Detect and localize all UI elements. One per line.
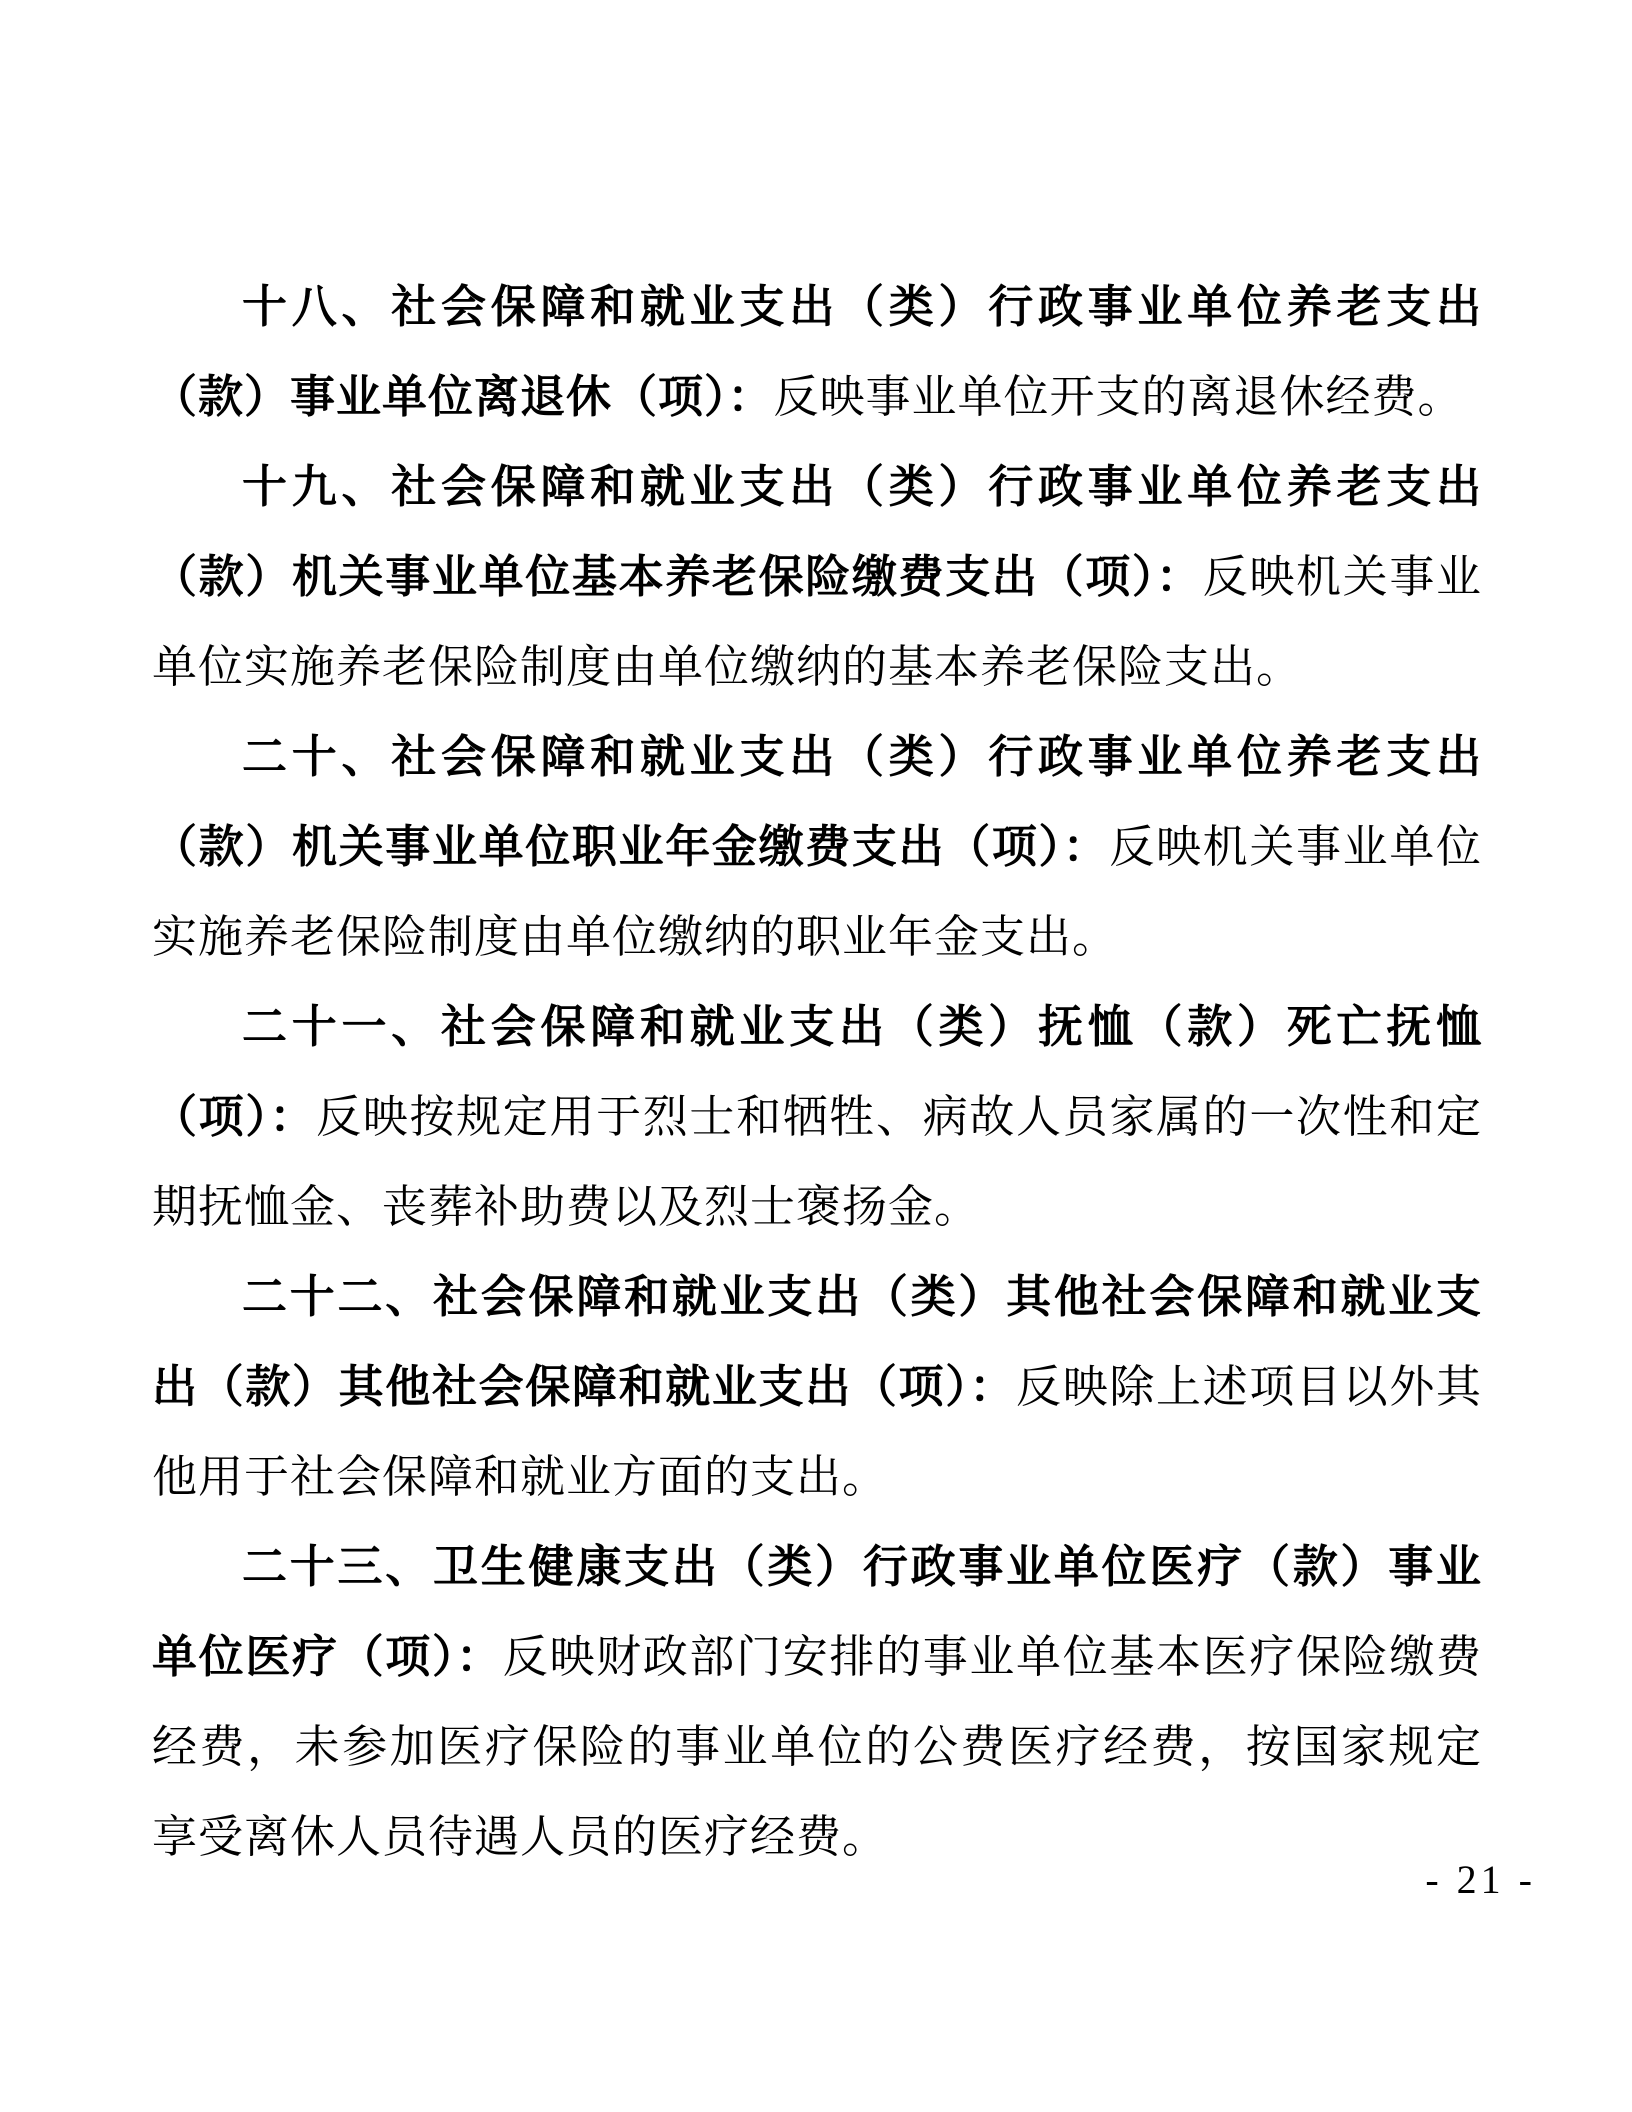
paragraph-item-22: 二十二、社会保障和就业支出（类）其他社会保障和就业支出（款）其他社会保障和就业支…: [152, 1252, 1482, 1522]
page-number: - 21 -: [1425, 1856, 1536, 1903]
document-body: 十八、社会保障和就业支出（类）行政事业单位养老支出（款）事业单位离退休（项）：反…: [152, 262, 1482, 1882]
paragraph-item-23: 二十三、卫生健康支出（类）行政事业单位医疗（款）事业单位医疗（项）：反映财政部门…: [152, 1522, 1482, 1882]
item-18-body: 反映事业单位开支的离退休经费。: [774, 372, 1464, 422]
document-page: 十八、社会保障和就业支出（类）行政事业单位养老支出（款）事业单位离退休（项）：反…: [0, 0, 1632, 2112]
paragraph-item-20: 二十、社会保障和就业支出（类）行政事业单位养老支出（款）机关事业单位职业年金缴费…: [152, 712, 1482, 982]
item-21-body: 反映按规定用于烈士和牺牲、病故人员家属的一次性和定期抚恤金、丧葬补助费以及烈士褒…: [152, 1092, 1482, 1232]
paragraph-item-18: 十八、社会保障和就业支出（类）行政事业单位养老支出（款）事业单位离退休（项）：反…: [152, 262, 1482, 442]
paragraph-item-19: 十九、社会保障和就业支出（类）行政事业单位养老支出（款）机关事业单位基本养老保险…: [152, 442, 1482, 712]
paragraph-item-21: 二十一、社会保障和就业支出（类）抚恤（款）死亡抚恤（项）：反映按规定用于烈士和牺…: [152, 982, 1482, 1252]
